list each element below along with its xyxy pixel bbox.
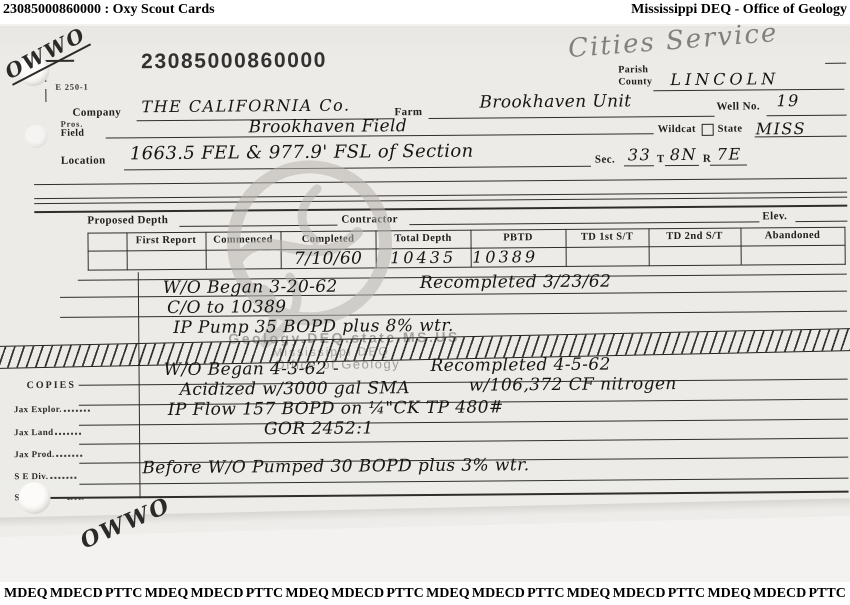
farm-underline [429,116,715,120]
dotted-leader [68,491,84,500]
card-content: Geology.DEQ.state.MS.US Mississippi DEQ … [0,0,850,605]
sec-value: 33 [628,145,652,164]
dotted-leader [50,470,76,479]
note-5-left: Acidized w/3000 gal SMA [180,378,410,400]
pencil-company-note: Cities Service [567,18,779,64]
wildcat-label: Wildcat [658,124,696,135]
range-underline [710,164,747,166]
top-right-line [825,63,846,64]
footer-token: PTTC [105,586,142,602]
location-value: 1663.5 FEL & 977.9' FSL of Section [130,141,474,165]
proposed-depth-label: Proposed Depth [87,214,168,227]
th-first-report: First Report [126,235,205,247]
elev-underline [795,221,847,223]
township-underline [665,165,699,167]
copies-item-se-div: S E Div. [14,470,76,481]
footer-token: MDEQ [285,586,329,602]
well-id-number: 23085000860000 [141,49,327,74]
th-td-2nd: TD 2nd S/T [648,231,740,243]
note-2: C/O to 10389 [167,297,287,318]
punch-hole-middle [25,125,48,148]
cell-total-depth-value: 10435 [376,248,471,268]
state-label: State [718,124,743,135]
contractor-underline [409,221,759,225]
location-label: Location [61,155,106,167]
township-label: T [657,153,665,165]
table-vline [87,233,89,271]
well-no-label: Well No. [716,100,760,112]
parish-label: Parish [618,64,648,75]
ruled-line [79,438,848,445]
dotted-leader [57,448,83,457]
sec-label: Sec. [595,154,615,166]
note-4-right: Recompleted 4-5-62 [430,355,610,376]
note-1-left: W/O Began 3-20-62 [163,277,338,298]
copies-item-jax-land: Jax Land [14,426,82,438]
note-3: IP Pump 35 BOPD plus 8% wtr. [173,316,454,338]
well-no-underline [767,115,847,117]
th-abandoned: Abandoned [740,230,844,242]
th-td-1st: TD 1st S/T [565,231,648,243]
footer-token: PTTC [527,586,564,602]
note-6: IP Flow 157 BOPD on ¼"CK TP 480# [168,397,504,420]
footer-token: MDECD [472,586,525,602]
range-value: 7E [717,145,742,164]
state-value: MISS [756,119,806,138]
footer-token: MDEQ [426,586,470,602]
note-4-left: W/O Began 4-3-62 - [163,359,339,380]
footer-token: MDECD [613,586,666,602]
corner-mark-tick [45,89,46,102]
header-title-right: Mississippi DEQ - Office of Geology [631,2,847,18]
range-label: R [703,153,711,165]
copies-item-jax-prod: Jax Prod. [14,448,83,460]
copies-title: COPIES [27,380,76,391]
viewer-footer: MDEQ MDECD PTTC MDEQ MDECD PTTC MDEQ MDE… [0,582,850,605]
county-value: LINCOLN [670,69,779,89]
footer-token: MDECD [191,586,244,602]
farm-value: Brookhaven Unit [479,91,631,112]
footer-token: MDECD [753,586,806,602]
county-underline [653,89,844,92]
county-label: County [618,76,652,87]
header-title-left: 23085000860000 : Oxy Scout Cards [3,2,215,18]
ruled-line [79,478,848,485]
field-label: Field [61,128,85,139]
footer-token: PTTC [386,586,423,602]
owwo-annotation-bottom: OWWO [77,492,175,554]
footer-token: PTTC [246,586,283,602]
note-7: GOR 2452:1 [264,418,374,439]
th-pbtd: PBTD [470,232,565,244]
table-vline [844,227,846,265]
well-no-value: 19 [776,91,800,110]
footer-token: MDEQ [707,586,751,602]
field-value: Brookhaven Field [249,116,408,137]
note-8: Before W/O Pumped 30 BOPD plus 3% wtr. [142,455,529,478]
cell-completed-value: 7/10/60 [281,248,376,269]
wildcat-checkbox [702,124,714,136]
footer-token: PTTC [808,586,845,602]
form-number: E 250-1 [55,82,88,92]
copies-item-jax-explor: Jax Explor. [14,403,90,415]
dotted-leader [64,403,90,412]
footer-token: MDECD [50,586,103,602]
footer-token: MDEQ [567,586,611,602]
note-5-right: w/106,372 CF nitrogen [469,374,677,396]
footer-token: MDECD [331,586,384,602]
note-1-right: Recompleted 3/23/62 [420,272,612,294]
company-value: THE CALIFORNIA Co. [141,96,350,117]
elev-label: Elev. [762,210,787,222]
sec-underline [624,165,654,167]
footer-token: PTTC [668,586,705,602]
punch-hole-bottom [18,482,50,514]
township-value: 8N [670,145,697,164]
dotted-leader [55,426,81,435]
viewer-header: 23085000860000 : Oxy Scout Cards Mississ… [0,0,850,24]
cell-pbtd-value: 10389 [458,247,553,267]
footer-token: MDEQ [4,586,48,602]
screenshot-root: 23085000860000 : Oxy Scout Cards Mississ… [0,0,850,605]
footer-token: MDEQ [145,586,189,602]
company-label: Company [72,106,121,118]
